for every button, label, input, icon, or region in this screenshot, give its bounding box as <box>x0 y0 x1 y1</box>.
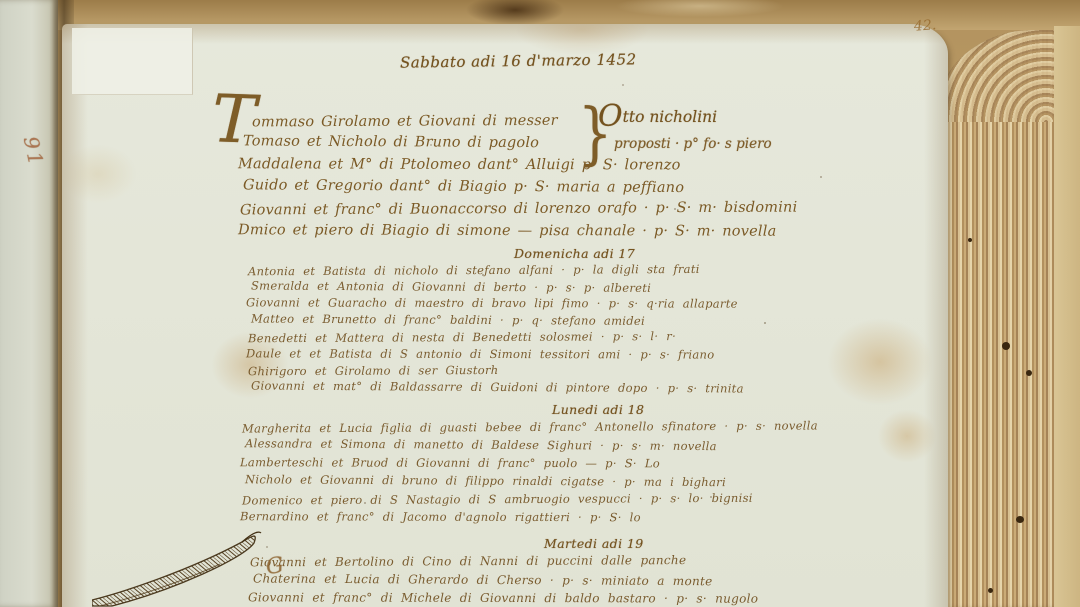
manuscript-line: Domenico et piero di S Nastagio di S amb… <box>242 488 818 509</box>
wormhole-spot <box>1016 516 1024 523</box>
entry-group-first: ommaso Girolamo et Giovani di messerToma… <box>240 110 797 242</box>
date-heading: Sabbato adi 16 d'marzo 1452 <box>400 50 637 71</box>
facing-page-edge <box>0 0 58 607</box>
wormhole-spot <box>968 238 972 242</box>
brace-note-name: Otto nicholini <box>598 108 717 126</box>
background-right-band <box>1054 26 1080 607</box>
manuscript-line: Dmico et piero di Biagio di simone — pis… <box>238 219 795 242</box>
fore-edge-curve <box>938 30 1054 122</box>
manuscript-line: Giovanni et mat° di Baldassarre di Guido… <box>251 377 744 397</box>
manuscript-line: Chaterina et Lucia di Gherardo di Cherso… <box>253 569 763 591</box>
folio-number: 42. <box>913 17 936 35</box>
wormhole-spot <box>988 588 993 593</box>
manuscript-line: Guido et Gregorio dant° di Biagio p· S· … <box>243 174 801 199</box>
repair-patch <box>72 28 193 95</box>
brace-note-detail: proposti · p° fo· s piero <box>614 136 772 152</box>
manuscript-photo: 91 Sabbato adi 16 d'marzo 1452 T ommaso … <box>0 0 1080 607</box>
wormhole-spot <box>1026 370 1032 376</box>
entry-group-monday: Margherita et Lucia figlia di guasti beb… <box>242 418 818 526</box>
brace-note-rest: tto nicholini <box>623 108 718 126</box>
day-heading-monday: Lunedi adi 18 <box>552 402 644 417</box>
manuscript-line: Giovanni et Bertolino di Cino di Nanni d… <box>250 551 760 572</box>
manuscript-line: Giovanni et franc° di Michele di Giovann… <box>248 588 758 607</box>
wormhole-spot <box>1002 342 1010 350</box>
day-heading-tuesday: Martedi adi 19 <box>544 536 644 551</box>
brace-note-initial: O <box>598 99 623 134</box>
manuscript-line: Maddalena et M° di Ptolomeo dant° Alluig… <box>238 153 795 176</box>
entry-group-tuesday: Giovanni et Bertolino di Cino di Nanni d… <box>250 552 760 607</box>
entry-group-sunday: Antonia et Batista di nicholo di stefano… <box>248 262 741 396</box>
paper-speckles <box>62 24 64 26</box>
manuscript-page: Sabbato adi 16 d'marzo 1452 T ommaso Gir… <box>62 24 948 607</box>
book-fore-edge <box>938 30 1054 607</box>
pen-sketch-drawing <box>92 502 277 607</box>
manuscript-line: Benedetti et Mattera di nesta di Benedet… <box>248 328 741 347</box>
manuscript-line: Giovanni et franc° di Buonaccorso di lor… <box>240 197 798 222</box>
day-heading-sunday: Domenicha adi 17 <box>514 246 635 261</box>
manuscript-line: Bernardino et franc° di Jacomo d'agnolo … <box>240 507 816 527</box>
